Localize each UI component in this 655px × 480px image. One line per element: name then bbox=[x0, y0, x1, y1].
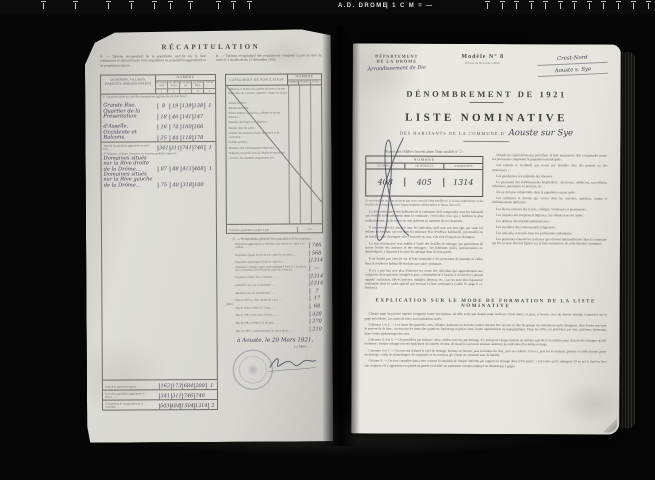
row-value-cell: 746 bbox=[309, 243, 323, 249]
ruler-tick bbox=[560, 3, 561, 9]
row-value-cell: 74 bbox=[169, 124, 181, 130]
ruler-tick bbox=[218, 3, 219, 9]
table-row: Population éparse (2e section du cadre A… bbox=[233, 249, 323, 257]
ruler-tick bbox=[603, 3, 604, 9]
row-label: Domaines situés sur la Rive gauche de la… bbox=[102, 172, 158, 189]
microfilm-ruler: A.D. DROME | 1 C M = — bbox=[0, 0, 655, 14]
list-item: Chaque page du présent registre comprend… bbox=[365, 312, 607, 322]
row-value-cell: 87 bbox=[158, 166, 170, 172]
ruler-tick bbox=[633, 3, 634, 9]
table-row: absents le jour du recensement……7 bbox=[233, 287, 323, 295]
row-value-cell: 166 bbox=[192, 124, 204, 130]
ruler-tick bbox=[589, 3, 590, 9]
list-item: Élèves internes des lycées, collèges et … bbox=[228, 112, 287, 120]
section-c-title: C. — Récapitulation générale de la popul… bbox=[233, 237, 323, 241]
table-row: Population totale de la commune……1314 bbox=[233, 272, 323, 280]
row-value-cell: 746 bbox=[182, 393, 194, 399]
row-label: Population totale de la commune…… bbox=[233, 276, 309, 280]
table-b-header-title: CATÉGORIES DE POPULATION bbox=[226, 74, 288, 84]
row-label: Population comptée à part, conformément … bbox=[233, 265, 309, 272]
commune-name-cursive: Aouste sur Sye bbox=[509, 128, 574, 138]
section-c-dont-label: Dont bbox=[227, 302, 233, 306]
list-item: Les individus recensés dans des professi… bbox=[492, 231, 607, 236]
table-a-total-agglomeree: Total de la population agglomérée au che… bbox=[101, 141, 215, 152]
row-value-cell: 1 bbox=[204, 103, 216, 109]
list-item: Il ne faudra pas inscrire sur la liste n… bbox=[365, 257, 483, 266]
instructions-column: D'après les explications qui précèdent, … bbox=[492, 150, 608, 294]
right-page: DÉPARTEMENT DE LA DRÔME Arrondissement d… bbox=[351, 43, 621, 434]
table-row: Total général de la population de la com… bbox=[103, 399, 217, 410]
signature-le-maire: Le Maire, bbox=[227, 344, 324, 349]
row-value-cell: 16 bbox=[157, 124, 169, 130]
ruler-tick bbox=[545, 3, 546, 9]
ruler-tick bbox=[502, 3, 503, 9]
row-value-cell: 341 bbox=[159, 393, 171, 399]
liste-nominative-title: LISTE NOMINATIVE bbox=[366, 111, 608, 124]
row-label: Nés de 1881 à 1900 (21 à 40 ans)…… bbox=[234, 321, 310, 325]
ruler-tick bbox=[574, 3, 575, 9]
arrondissement-handwritten: Arrondissement de Die bbox=[366, 65, 428, 73]
row-label: Nés de 1914 à 1919 (1 à 7 ans)…… bbox=[234, 306, 310, 310]
list-item: Armée de terre ; bbox=[228, 101, 287, 105]
row-value-cell: 408 bbox=[192, 166, 204, 172]
list-item: Les malades des hospices et hôpitaux, le… bbox=[492, 213, 607, 218]
row-label: Total de la population agglomérée ci-des… bbox=[103, 394, 159, 400]
ruler-tick bbox=[108, 3, 109, 9]
departement-block: DÉPARTEMENT DE LA DRÔME Arrondissement d… bbox=[366, 53, 428, 76]
row-label: absents le jour du recensement…… bbox=[233, 291, 309, 295]
list-item: Les enfants et vieillards qui vivent par… bbox=[492, 163, 607, 172]
departement-line2: DE LA DRÔME bbox=[366, 58, 428, 63]
row-value-cell: 160 bbox=[181, 124, 193, 130]
row-value-cell: 18 bbox=[157, 114, 169, 120]
row-label: Total de la population éparse…… bbox=[103, 386, 159, 389]
list-item: 3 bbox=[179, 88, 191, 93]
table-row: Occidente et Balcons.2544118178 bbox=[101, 130, 215, 142]
ruler-tick bbox=[618, 3, 619, 9]
row-value-cell: — bbox=[297, 226, 322, 232]
table-a-empty-rows bbox=[102, 188, 217, 379]
list-item: Colonnes 6 et 7. — On inscrira d'abord l… bbox=[364, 348, 606, 358]
explication-paragraphs: Chaque page du présent registre comprend… bbox=[364, 312, 606, 369]
modele-number: Modèle N° 8 bbox=[428, 54, 538, 60]
table-row: Nés de 1901 à 1913 (8 à 20 ans)……328 bbox=[234, 310, 324, 318]
ruler-tick bbox=[648, 3, 649, 9]
table-b-body: Militaires et marins des armées de terre… bbox=[226, 85, 322, 224]
table-a-header: QUARTIERS, VILLAGES, HAMEAUX, MAISONS IS… bbox=[101, 75, 215, 94]
ruler-tick bbox=[487, 3, 488, 9]
row-value-cell: 1 bbox=[205, 383, 217, 389]
ruler-tick bbox=[190, 3, 191, 9]
intro-paragraphs: A. — Tableau récapitulatif de la populat… bbox=[100, 53, 322, 70]
row-value-cell: — bbox=[309, 265, 323, 271]
list-item: Colonnes 3, 4 et 5. — On procédera par m… bbox=[365, 337, 607, 347]
table-row: Population agglomérée au chef-lieu (1re … bbox=[233, 242, 323, 250]
table-row: Nés en 1920 ou 1921 (moins de 1 an)……17 bbox=[233, 295, 323, 303]
table-a-grand-totals: Total de la population éparse……162173684… bbox=[103, 379, 217, 410]
mayor-signature bbox=[266, 349, 318, 375]
ruler-tick bbox=[75, 3, 76, 9]
table-a-rows-agglomeree: Grande Rue.8191391381Quartier de la Prés… bbox=[101, 99, 215, 142]
table-row: Total de la population éparse……162173684… bbox=[103, 379, 217, 390]
row-value-cell: 19 bbox=[169, 103, 181, 109]
list-item: 5 bbox=[203, 88, 215, 93]
row-value-cell: 8 bbox=[157, 103, 169, 109]
row-label: Population agglomérée au chef-lieu (1re … bbox=[233, 242, 309, 249]
list-item: TOTAL bbox=[310, 80, 321, 84]
table-b-column-rules bbox=[288, 85, 322, 223]
recapitulation-title: RÉCAPITULATION bbox=[100, 42, 322, 51]
ruler-tick bbox=[516, 3, 517, 9]
table-row: Nés en 1880 et antérieurement (41 ans et… bbox=[234, 325, 324, 333]
row-value-cell: 173 bbox=[171, 383, 183, 389]
row-value-cell: 311 bbox=[171, 393, 183, 399]
row-value-cell: 139 bbox=[180, 103, 192, 109]
row-value-cell: 568 bbox=[309, 250, 323, 256]
ruler-scale-label: | 1 C M = — bbox=[386, 3, 434, 9]
list-item: Les gendarmes, les préposés des douanes … bbox=[492, 174, 607, 179]
table-a-rows-eparse: Domaines situés sur la Rive droite de la… bbox=[102, 156, 216, 189]
list-item: D'HABITANTS bbox=[443, 164, 482, 169]
subtitle-rule bbox=[463, 141, 509, 142]
row-value-cell: 46 bbox=[169, 114, 181, 120]
row-label: Occidente et Balcons. bbox=[101, 130, 157, 141]
row-value-cell: 1504 bbox=[180, 403, 194, 409]
row-value-cell: 162 bbox=[159, 383, 171, 389]
row-label: Total de la population comptée à part…… bbox=[227, 230, 297, 233]
table-b-col-headers: HOMMESFEMMESTOTAL bbox=[288, 80, 321, 84]
list-item: Il n'y a pas lieu non plus d'inscrire le… bbox=[365, 268, 483, 291]
right-column-paragraphs: D'après les explications qui précèdent, … bbox=[492, 153, 607, 246]
ruler-tick bbox=[43, 3, 44, 9]
list-item: Les membres des communautés religieuses … bbox=[492, 225, 607, 230]
canton-handwritten: Crest-Nord bbox=[537, 53, 607, 66]
scanned-census-register: A.D. DROME | 1 C M = — RÉCAPITULATION A.… bbox=[0, 0, 655, 480]
commune-handwritten: Aouste s. Sye bbox=[538, 64, 608, 77]
row-value-cell: 88 bbox=[169, 166, 181, 172]
row-value-cell: 328 bbox=[310, 311, 324, 317]
row-value-cell: 138 bbox=[192, 103, 204, 109]
row-label: présents le jour du recensement…… bbox=[233, 283, 309, 287]
table-a-col-numbers: 12345 bbox=[156, 88, 215, 93]
ink-paraph-flourish bbox=[363, 131, 422, 249]
list-item: Les détenus des maisons pénitentiaires ; bbox=[492, 219, 607, 224]
list-item: HOMMES bbox=[288, 80, 298, 84]
row-value-cell: 68 bbox=[310, 303, 324, 309]
explication-title: EXPLICATION SUR LE MODE DE FORMATION DE … bbox=[365, 299, 607, 310]
ruler-tick bbox=[249, 3, 250, 9]
list-item: Détenus des maisons d'arrêt, de justice … bbox=[228, 132, 287, 140]
list-item: Les personnes énumérées ci-dessus qui ré… bbox=[492, 237, 607, 246]
row-value-cell: 484 bbox=[170, 403, 181, 409]
table-row: présents le jour du recensement……1314 bbox=[233, 280, 323, 288]
row-value-cell: 1314 bbox=[309, 258, 323, 264]
row-label: Nés de 1901 à 1913 (8 à 20 ans)…… bbox=[234, 314, 310, 318]
table-row: Total de la population comptée à part……— bbox=[227, 223, 322, 233]
list-item: Le personnel des établissements hospital… bbox=[492, 180, 607, 189]
row-value-cell: 503 bbox=[159, 403, 170, 409]
table-b-comptee-a-part: CATÉGORIES DE POPULATION NOMBRE HOMMESFE… bbox=[225, 73, 323, 234]
row-value-cell: 7 bbox=[309, 288, 323, 294]
row-value-cell: 1 bbox=[204, 166, 216, 172]
modele-block: Modèle N° 8 (Décret du 30 octobre 1920.) bbox=[428, 54, 538, 78]
intro-b: B. — Tableau récapitulatif des populatio… bbox=[216, 53, 322, 67]
list-item: 1 bbox=[156, 88, 167, 93]
row-value-cell: 746 bbox=[194, 393, 206, 399]
ruler-tick bbox=[154, 3, 155, 9]
list-item: 2 bbox=[167, 88, 179, 93]
table-row: Nés de 1914 à 1919 (1 à 7 ans)……68 bbox=[234, 302, 324, 310]
row-value-cell: 210 bbox=[310, 326, 324, 332]
signature-block: à Aouste, le 20 Mars 1921. Le Maire, bbox=[227, 337, 324, 390]
table-row: Population municipale (Total du cadre A)… bbox=[233, 257, 323, 265]
table-row: Total de la population agglomérée ci-des… bbox=[103, 389, 217, 400]
ruler-archive-label: A.D. DROME bbox=[338, 3, 388, 9]
row-value-cell: 147 bbox=[192, 114, 204, 120]
table-row: Quartier de la Présentation1846141147 bbox=[101, 109, 215, 121]
row-value-cell: 2 bbox=[208, 403, 218, 409]
table-row: Domaines situés sur la Rive droite de la… bbox=[102, 156, 216, 173]
modele-note: (Décret du 30 octobre 1920.) bbox=[428, 61, 538, 65]
row-label: Quartier de la Présentation bbox=[101, 109, 157, 120]
table-row: Domaines situés sur la Rive gauche de la… bbox=[102, 172, 216, 189]
list-item: Colonnes 1 et 2. — Les noms des quartier… bbox=[365, 322, 607, 336]
ruler-tick bbox=[233, 3, 234, 9]
ruler-tick bbox=[170, 3, 171, 9]
list-item: FEMMES bbox=[298, 80, 309, 84]
row-label: Total général de la population de la com… bbox=[103, 404, 159, 410]
section-c-rows: Population agglomérée au chef-lieu (1re … bbox=[233, 242, 323, 333]
table-b-total-row: Total de la population comptée à part……— bbox=[227, 223, 322, 233]
row-label: Population éparse (2e section du cadre A… bbox=[233, 253, 309, 257]
row-value-cell: 411 bbox=[181, 166, 193, 172]
title-rule bbox=[470, 102, 504, 103]
table-row: Population comptée à part, conformément … bbox=[233, 264, 323, 272]
left-page: RÉCAPITULATION A. — Tableau récapitulati… bbox=[85, 29, 334, 442]
ruler-tick bbox=[131, 3, 132, 9]
corner-annotations: Crest-Nord Aouste s. Sye bbox=[537, 53, 608, 80]
row-value-cell: 1314 bbox=[309, 273, 323, 279]
list-item: Les militaires et marins qui vivent dans… bbox=[492, 196, 607, 205]
list-item: D'après les explications qui précèdent, … bbox=[492, 153, 607, 162]
list-item: Enfants assistés ; bbox=[229, 141, 288, 145]
list-item: 1314 bbox=[443, 178, 482, 187]
list-item: 4 bbox=[191, 88, 203, 93]
table-a-header-title: QUARTIERS, VILLAGES, HAMEAUX, MAISONS IS… bbox=[101, 75, 156, 93]
row-value-cell: 1314 bbox=[194, 403, 208, 409]
row-label: Nés en 1920 ou 1921 (moins de 1 an)…… bbox=[234, 299, 310, 303]
row-value-cell: 17 bbox=[309, 296, 323, 302]
table-b-header: CATÉGORIES DE POPULATION NOMBRE HOMMESFE… bbox=[226, 74, 321, 86]
intro-a: A. — Tableau récapitulatif de la populat… bbox=[100, 54, 206, 68]
list-item: Colonne 8. — On fera connaître dans cett… bbox=[364, 359, 606, 369]
table-row: Total de la population agglomérée au che… bbox=[101, 141, 215, 152]
row-value-cell: 141 bbox=[181, 114, 193, 120]
table-a-population: QUARTIERS, VILLAGES, HAMEAUX, MAISONS IS… bbox=[100, 74, 218, 411]
section-c-recapitulation: C. — Récapitulation générale de la popul… bbox=[226, 237, 323, 332]
row-label: Population municipale (Total du cadre A)… bbox=[233, 261, 309, 265]
list-item: On ne doit pas comprendre dans la popula… bbox=[492, 190, 607, 195]
row-value-cell: 684 bbox=[182, 383, 194, 389]
row-value-cell: 270 bbox=[310, 318, 324, 324]
row-value-cell: 1314 bbox=[309, 281, 323, 287]
ruler-tick bbox=[531, 3, 532, 9]
row-label: Nés en 1880 et antérieurement (41 ans et… bbox=[234, 329, 310, 333]
denombrement-title: DÉNOMBREMENT DE 1921 bbox=[366, 89, 608, 100]
table-row: Nés de 1881 à 1900 (21 à 40 ans)……270 bbox=[234, 317, 324, 325]
page-edges-stack bbox=[619, 52, 635, 428]
signature-place-date: à Aouste, le 20 Mars 1921. bbox=[227, 337, 324, 344]
row-value-cell: 200 bbox=[194, 383, 206, 389]
row-label: Domaines situés sur la Rive droite de la… bbox=[102, 156, 158, 173]
list-item: Ouvriers des chantiers temporaires, etc. bbox=[229, 157, 288, 161]
list-item: Les élèves internes des lycées, collèges… bbox=[492, 207, 607, 212]
